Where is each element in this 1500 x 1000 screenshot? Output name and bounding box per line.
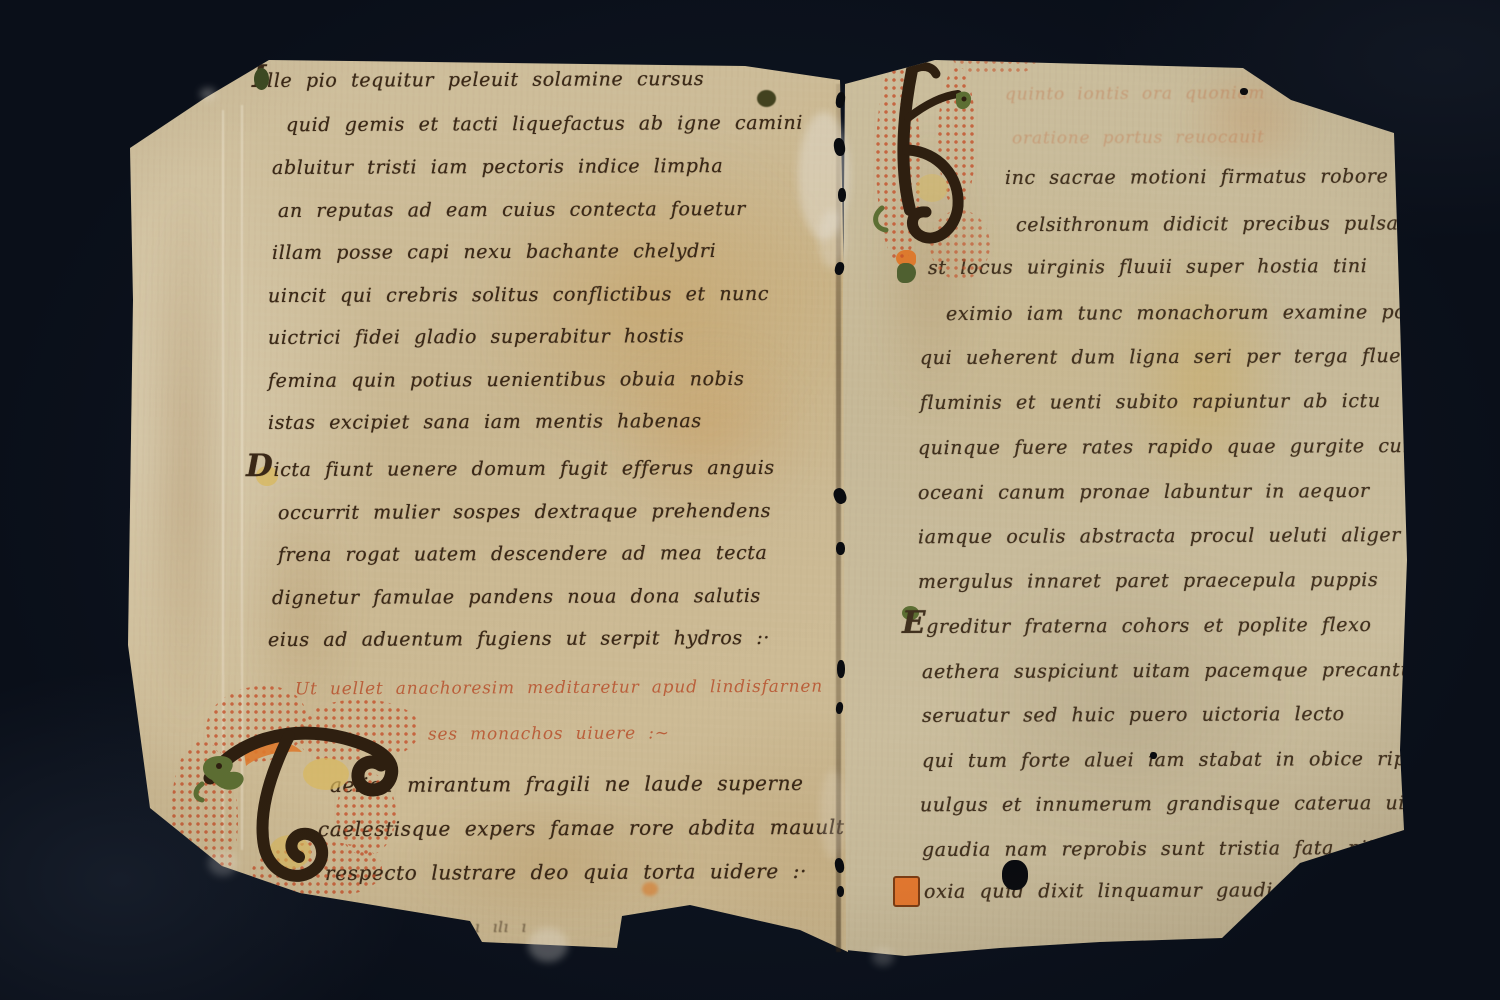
sewing-hole [837,660,845,678]
manuscript-photo: Ille pio tequitur peleuit solamine cursu… [0,0,1500,1000]
torn-fragment [872,948,894,966]
torn-fragment [208,850,238,876]
sewing-hole [836,542,845,555]
sewing-hole [838,188,846,202]
torn-fragment [528,928,568,962]
torn-fragment [200,88,216,100]
sewing-hole [837,886,844,897]
paste-residue [820,770,846,860]
sewing-hole [835,91,847,108]
paste-residue [818,210,846,268]
